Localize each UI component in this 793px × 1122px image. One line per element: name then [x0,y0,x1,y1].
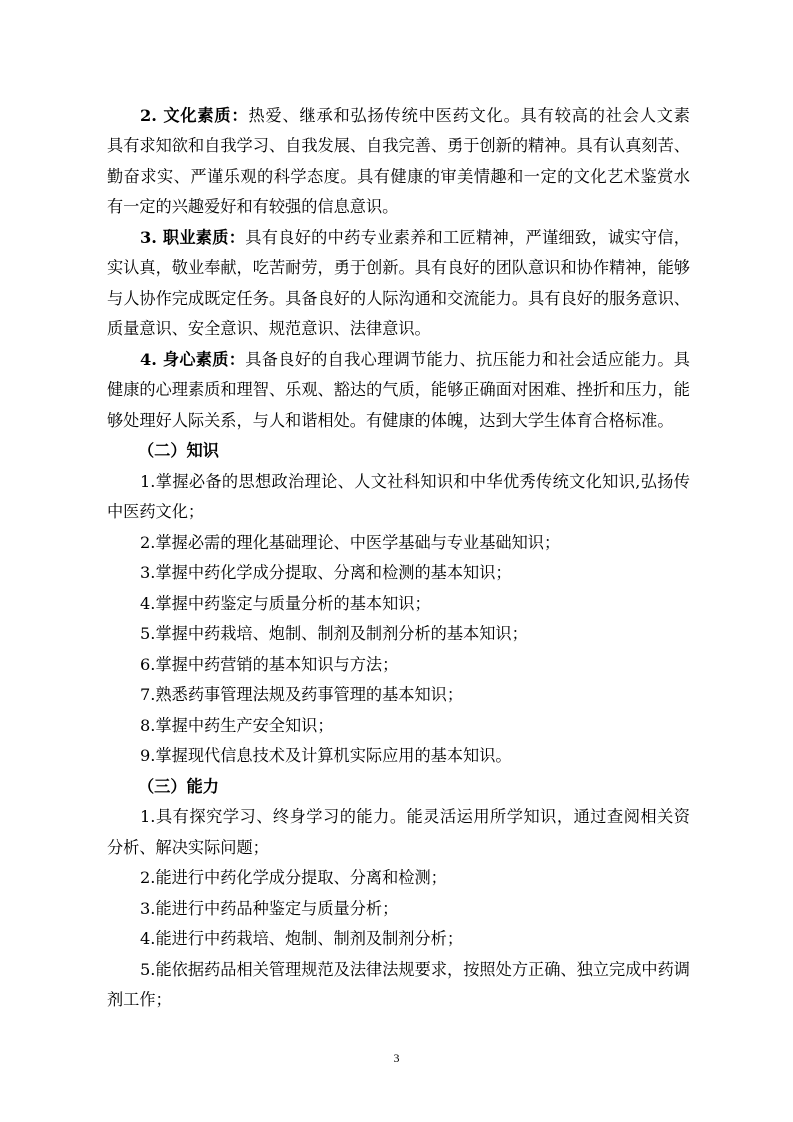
paragraph-professional-quality: 3. 职业素质：具有良好的中药专业素养和工匠精神，严谨细致，诚实守信，踏 实认真… [107,223,690,345]
text-line: 中医药文化； [107,497,690,528]
section-heading-ability: （三）能力 [107,772,690,803]
list-item: 2.能进行中药化学成分提取、分离和检测； [107,863,690,894]
paragraph-label: 4. 身心素质： [140,350,245,369]
text-line: 健康的心理素质和理智、乐观、豁达的气质，能够正确面对困难、挫折和压力，能 [107,375,690,406]
body-text: 2. 文化素质：热爱、继承和弘扬传统中医药文化。具有较高的社会人文素质。 具有求… [107,101,690,1016]
list-knowledge: 1.掌握必备的思想政治理论、人文社科知识和中华优秀传统文化知识,弘扬传统 中医药… [107,467,690,772]
paragraph-label: 3. 职业素质： [140,228,245,247]
list-item: 1.掌握必备的思想政治理论、人文社科知识和中华优秀传统文化知识,弘扬传统 中医药… [107,467,690,528]
list-item: 9.掌握现代信息技术及计算机实际应用的基本知识。 [107,741,690,772]
section-heading-knowledge: （二）知识 [107,436,690,467]
text-line: 具有求知欲和自我学习、自我发展、自我完善、勇于创新的精神。具有认真刻苦、 [107,131,690,162]
text-line: 质量意识、安全意识、规范意识、法律意识。 [107,314,690,345]
document-page: 2. 文化素质：热爱、继承和弘扬传统中医药文化。具有较高的社会人文素质。 具有求… [0,0,793,1122]
list-item: 6.掌握中药营销的基本知识与方法； [107,650,690,681]
paragraph-physical-mental-quality: 4. 身心素质：具备良好的自我心理调节能力、抗压能力和社会适应能力。具有 健康的… [107,345,690,437]
text-line: 剂工作； [107,985,690,1016]
paragraph-label: 2. 文化素质： [140,106,248,125]
list-item: 3.掌握中药化学成分提取、分离和检测的基本知识； [107,558,690,589]
text-line: 4. 身心素质：具备良好的自我心理调节能力、抗压能力和社会适应能力。具有 [107,345,690,376]
list-item: 1.具有探究学习、终身学习的能力。能灵活运用所学知识，通过查阅相关资料， 分析、… [107,802,690,863]
list-item: 3.能进行中药品种鉴定与质量分析； [107,894,690,925]
text-line: 1.具有探究学习、终身学习的能力。能灵活运用所学知识，通过查阅相关资料， [107,802,690,833]
list-item: 2.掌握必需的理化基础理论、中医学基础与专业基础知识； [107,528,690,559]
text-line: 2. 文化素质：热爱、继承和弘扬传统中医药文化。具有较高的社会人文素质。 [107,101,690,132]
text-line: 分析、解决实际问题； [107,833,690,864]
text-line: 够处理好人际关系，与人和谐相处。有健康的体魄，达到大学生体育合格标准。 [107,406,690,437]
text-line: 1.掌握必备的思想政治理论、人文社科知识和中华优秀传统文化知识,弘扬传统 [107,467,690,498]
text-line: 3. 职业素质：具有良好的中药专业素养和工匠精神，严谨细致，诚实守信，踏 [107,223,690,254]
list-item: 7.熟悉药事管理法规及药事管理的基本知识； [107,680,690,711]
text-line: 与人协作完成既定任务。具备良好的人际沟通和交流能力。具有良好的服务意识、 [107,284,690,315]
text-line: 有一定的兴趣爱好和有较强的信息意识。 [107,192,690,223]
list-item: 8.掌握中药生产安全知识； [107,711,690,742]
page-number: 3 [0,1049,793,1067]
list-item: 4.掌握中药鉴定与质量分析的基本知识； [107,589,690,620]
paragraph-cultural-quality: 2. 文化素质：热爱、继承和弘扬传统中医药文化。具有较高的社会人文素质。 具有求… [107,101,690,223]
text-line: 5.能依据药品相关管理规范及法律法规要求，按照处方正确、独立完成中药调 [107,955,690,986]
text-line: 实认真，敬业奉献，吃苦耐劳，勇于创新。具有良好的团队意识和协作精神，能够 [107,253,690,284]
list-item: 5.掌握中药栽培、炮制、制剂及制剂分析的基本知识； [107,619,690,650]
list-item: 5.能依据药品相关管理规范及法律法规要求，按照处方正确、独立完成中药调 剂工作； [107,955,690,1016]
list-ability: 1.具有探究学习、终身学习的能力。能灵活运用所学知识，通过查阅相关资料， 分析、… [107,802,690,1016]
text-line: 勤奋求实、严谨乐观的科学态度。具有健康的审美情趣和一定的文化艺术鉴赏水平。 [107,162,690,193]
list-item: 4.能进行中药栽培、炮制、制剂及制剂分析； [107,924,690,955]
